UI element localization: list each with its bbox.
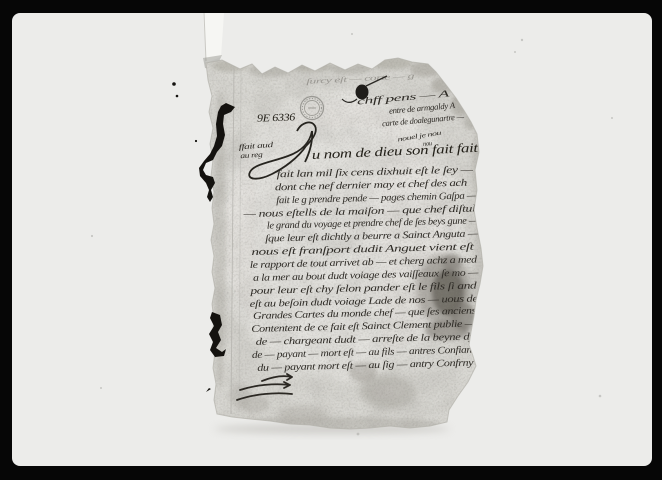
margin-speck <box>176 95 179 98</box>
margin-note-line2: au reg <box>240 150 263 161</box>
manuscript-scan: ſurcy eſt — corte — g chff pens — A entr… <box>0 0 662 480</box>
archive-cote: 9E 6336 <box>257 112 297 124</box>
scan-frame: ſurcy eſt — corte — g chff pens — A entr… <box>0 0 662 480</box>
margin-speck <box>172 82 176 86</box>
margin-speck <box>195 140 197 142</box>
